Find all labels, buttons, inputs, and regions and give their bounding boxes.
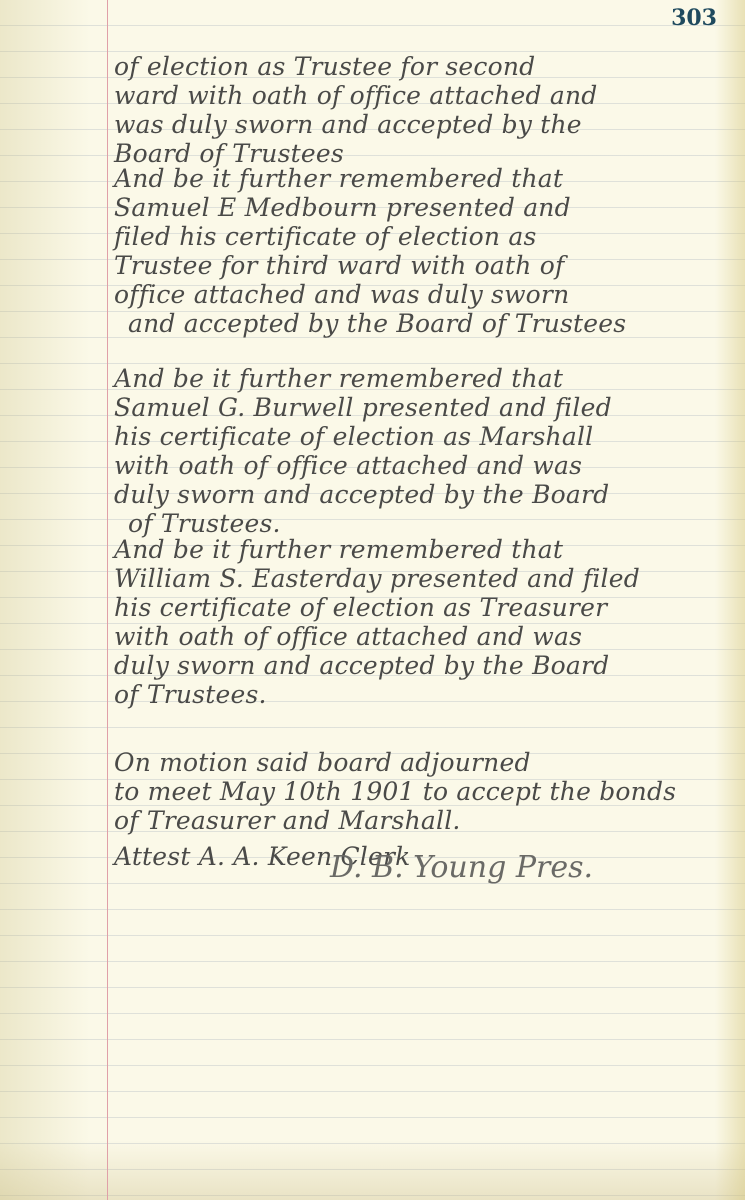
handwritten-line: On motion said board adjourned bbox=[114, 748, 676, 777]
handwritten-line: was duly sworn and accepted by the bbox=[114, 110, 597, 139]
handwritten-line: Trustee for third ward with oath of bbox=[114, 251, 626, 280]
handwritten-line: of Trustees. bbox=[114, 680, 640, 709]
president-signature: D. B. Young Pres. bbox=[330, 850, 593, 885]
handwritten-line: with oath of office attached and was bbox=[114, 622, 640, 651]
page-number: 303 bbox=[671, 5, 717, 31]
handwritten-line: Samuel G. Burwell presented and filed bbox=[114, 393, 612, 422]
handwritten-line: of Trustees. bbox=[114, 509, 612, 538]
entry-treasurer: And be it further remembered that Willia… bbox=[114, 535, 640, 709]
ledger-page: 303 of election as Trustee for second wa… bbox=[0, 0, 745, 1200]
handwritten-line: And be it further remembered that bbox=[114, 364, 612, 393]
handwritten-line: of Treasurer and Marshall. bbox=[114, 806, 676, 835]
handwritten-line: office attached and was duly sworn bbox=[114, 280, 626, 309]
handwritten-line: his certificate of election as Marshall bbox=[114, 422, 612, 451]
entry-adjournment: On motion said board adjourned to meet M… bbox=[114, 748, 676, 835]
handwritten-line: duly sworn and accepted by the Board bbox=[114, 480, 612, 509]
handwritten-line: ward with oath of office attached and bbox=[114, 81, 597, 110]
red-margin-rule bbox=[107, 0, 108, 1200]
handwritten-line: William S. Easterday presented and filed bbox=[114, 564, 640, 593]
handwritten-line: And be it further remembered that bbox=[114, 164, 626, 193]
handwritten-line: of election as Trustee for second bbox=[114, 52, 597, 81]
entry-marshall: And be it further remembered that Samuel… bbox=[114, 364, 612, 538]
handwritten-line: and accepted by the Board of Trustees bbox=[114, 309, 626, 338]
entry-trustee-third-ward: And be it further remembered that Samuel… bbox=[114, 164, 626, 338]
handwritten-line: Samuel E Medbourn presented and bbox=[114, 193, 626, 222]
handwritten-line: duly sworn and accepted by the Board bbox=[114, 651, 640, 680]
handwritten-line: with oath of office attached and was bbox=[114, 451, 612, 480]
entry-trustee-second-ward-continued: of election as Trustee for second ward w… bbox=[114, 52, 597, 168]
handwritten-line: And be it further remembered that bbox=[114, 535, 640, 564]
handwritten-line: filed his certificate of election as bbox=[114, 222, 626, 251]
handwritten-line: to meet May 10th 1901 to accept the bond… bbox=[114, 777, 676, 806]
handwritten-line: his certificate of election as Treasurer bbox=[114, 593, 640, 622]
